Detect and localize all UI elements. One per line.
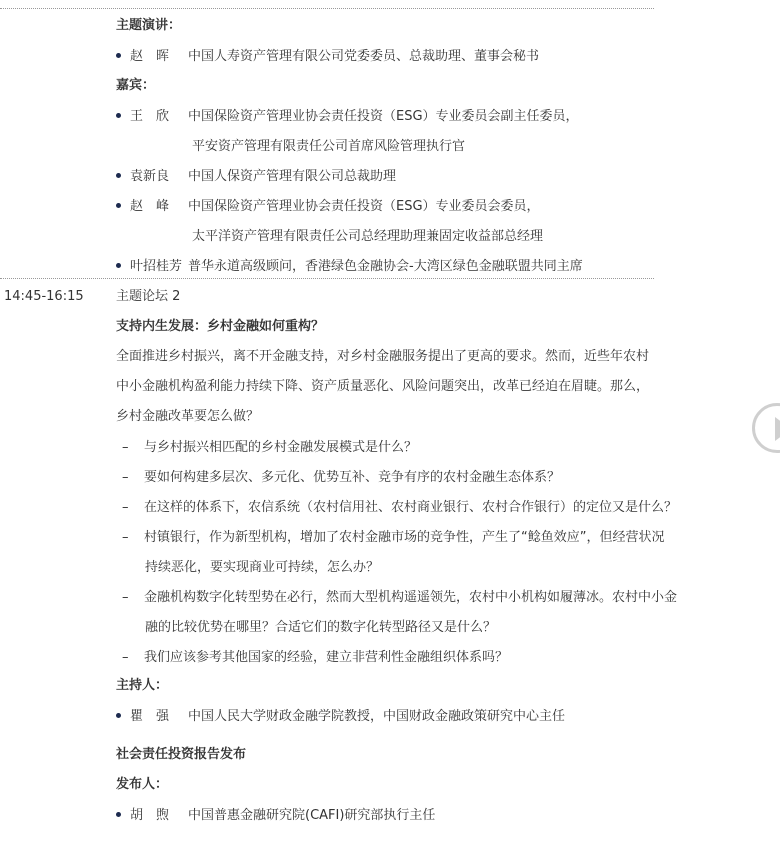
bullet-icon <box>116 812 121 817</box>
guest-title: 普华永道高级顾问，香港绿色金融协会-大湾区绿色金融联盟共同主席 <box>188 259 583 274</box>
keynote-speaker-item: 赵 晖中国人寿资产管理有限公司党委委员、总裁助理、董事会秘书 <box>116 42 539 72</box>
guests-label: 嘉宾： <box>116 71 155 101</box>
guest-item: 袁新良中国人保资产管理有限公司总裁助理 <box>116 162 396 192</box>
guest-title: 中国人保资产管理有限公司总裁助理 <box>188 169 396 184</box>
intro-line: 全面推进乡村振兴，离不开金融支持，对乡村金融服务提出了更高的要求。然而，近些年农… <box>116 342 649 372</box>
bullet-icon <box>116 203 121 208</box>
question-item: –村镇银行，作为新型机构，增加了农村金融市场的竞争性，产生了“鲶鱼效应”，但经营… <box>116 523 664 553</box>
dash-icon: – <box>116 463 144 493</box>
play-circle-icon <box>775 417 780 441</box>
question-text: 我们应该参考其他国家的经验，建立非营利性金融组织体系吗？ <box>144 650 508 665</box>
guest-item: 王 欣中国保险资产管理业协会责任投资（ESG）专业委员会副主任委员， <box>116 102 579 132</box>
forum-subtitle: 支持内生发展：乡村金融如何重构？ <box>116 312 324 342</box>
report-title: 社会责任投资报告发布 <box>116 740 246 770</box>
speaker-title: 中国人寿资产管理有限公司党委委员、总裁助理、董事会秘书 <box>188 49 539 64</box>
play-button[interactable] <box>752 403 780 453</box>
divider-top <box>0 8 654 9</box>
question-text: 与乡村振兴相匹配的乡村金融发展模式是什么？ <box>144 440 417 455</box>
intro-line: 乡村金融改革要怎么做？ <box>116 402 259 432</box>
publisher-label: 发布人： <box>116 770 168 800</box>
bullet-icon <box>116 713 121 718</box>
question-text: 金融机构数字化转型势在必行，然而大型机构遥遥领先，农村中小机构如履薄冰。农村中小… <box>144 590 677 605</box>
host-item: 瞿 强中国人民大学财政金融学院教授，中国财政金融政策研究中心主任 <box>116 702 565 732</box>
publisher-item: 胡 煦中国普惠金融研究院(CAFI)研究部执行主任 <box>116 801 435 831</box>
question-text: 村镇银行，作为新型机构，增加了农村金融市场的竞争性，产生了“鲶鱼效应”，但经营状… <box>144 530 664 545</box>
publisher-name: 胡 煦 <box>130 801 188 831</box>
dash-icon: – <box>116 583 144 613</box>
guest-title: 中国保险资产管理业协会责任投资（ESG）专业委员会副主任委员， <box>188 109 579 124</box>
host-label: 主持人： <box>116 671 168 701</box>
guest-name: 王 欣 <box>130 102 188 132</box>
guest-name: 袁新良 <box>130 162 188 192</box>
intro-line: 中小金融机构盈利能力持续下降、资产质量恶化、风险问题突出，改革已经迫在眉睫。那么… <box>116 372 649 402</box>
dash-icon: – <box>116 433 144 463</box>
bullet-icon <box>116 263 121 268</box>
guest-title-continued: 太平洋资产管理有限责任公司总经理助理兼固定收益部总经理 <box>192 222 543 252</box>
question-item: –在这样的体系下，农信系统（农村信用社、农村商业银行、农村合作银行）的定位又是什… <box>116 493 677 523</box>
keynote-label: 主题演讲： <box>116 11 181 41</box>
bullet-icon <box>116 53 121 58</box>
question-item: –我们应该参考其他国家的经验，建立非营利性金融组织体系吗？ <box>116 643 508 673</box>
divider-section <box>0 278 654 279</box>
guest-name: 赵 峰 <box>130 192 188 222</box>
guest-item: 赵 峰中国保险资产管理业协会责任投资（ESG）专业委员会委员， <box>116 192 540 222</box>
guest-title-continued: 平安资产管理有限责任公司首席风险管理执行官 <box>192 132 465 162</box>
speaker-name: 赵 晖 <box>130 42 188 72</box>
question-text-continued: 持续恶化，要实现商业可持续，怎么办？ <box>145 553 379 583</box>
question-text-continued: 融的比较优势在哪里？合适它们的数字化转型路径又是什么？ <box>145 613 496 643</box>
bullet-icon <box>116 173 121 178</box>
dash-icon: – <box>116 523 144 553</box>
question-item: –要如何构建多层次、多元化、优势互补、竞争有序的农村金融生态体系？ <box>116 463 560 493</box>
session-time: 14:45-16:15 <box>4 282 84 312</box>
question-text: 要如何构建多层次、多元化、优势互补、竞争有序的农村金融生态体系？ <box>144 470 560 485</box>
question-item: –金融机构数字化转型势在必行，然而大型机构遥遥领先，农村中小机构如履薄冰。农村中… <box>116 583 677 613</box>
host-title: 中国人民大学财政金融学院教授，中国财政金融政策研究中心主任 <box>188 709 565 724</box>
forum-title: 主题论坛 2 <box>116 282 180 312</box>
dash-icon: – <box>116 643 144 673</box>
guest-title: 中国保险资产管理业协会责任投资（ESG）专业委员会委员， <box>188 199 540 214</box>
question-text: 在这样的体系下，农信系统（农村信用社、农村商业银行、农村合作银行）的定位又是什么… <box>144 500 677 515</box>
question-item: –与乡村振兴相匹配的乡村金融发展模式是什么？ <box>116 433 417 463</box>
bullet-icon <box>116 113 121 118</box>
publisher-title: 中国普惠金融研究院(CAFI)研究部执行主任 <box>188 808 435 823</box>
host-name: 瞿 强 <box>130 702 188 732</box>
dash-icon: – <box>116 493 144 523</box>
